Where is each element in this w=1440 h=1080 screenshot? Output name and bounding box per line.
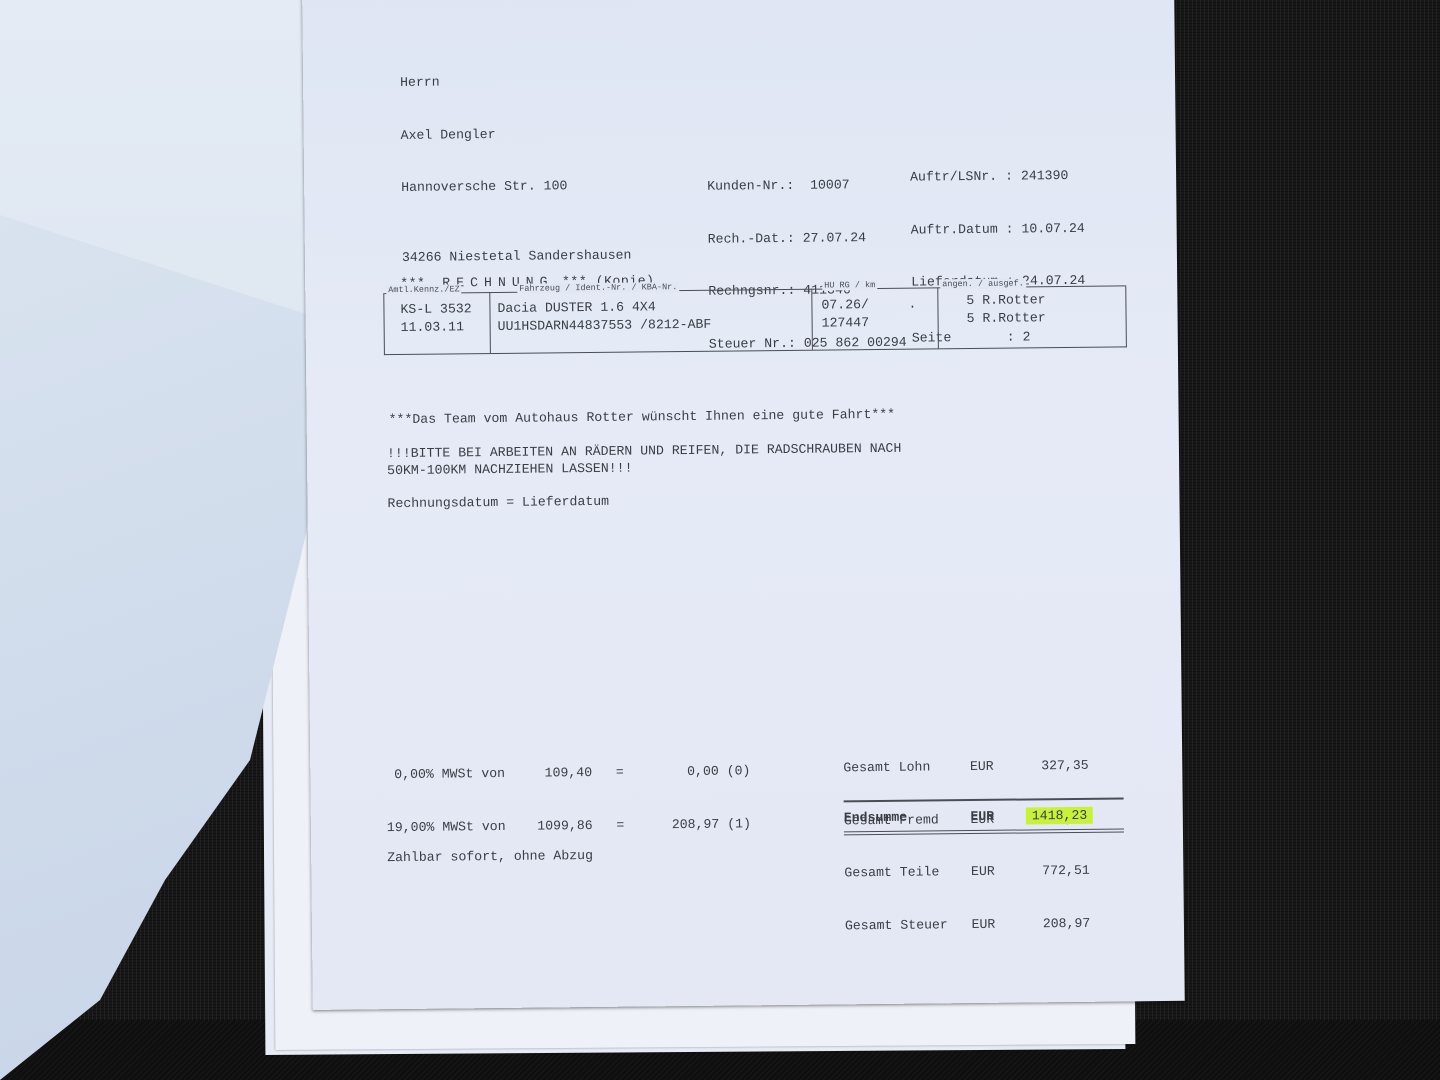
vehicle-info-box: Amtl.Kennz./EZ Fahrzeug / Ident.-Nr. / K…: [383, 285, 1127, 355]
end-total: Endsumme EUR 1418,23: [844, 807, 1094, 827]
vat-row: 19,00% MWSt von 1099,86 = 208,97 (1): [387, 815, 751, 836]
totals-table: Gesamt Lohn EUR 327,35 Gesamt Fremd EUR …: [843, 722, 1091, 970]
warning-line-2: 50KM-100KM NACHZIEHEN LASSEN!!!: [387, 460, 632, 480]
mileage: 127447: [822, 314, 870, 332]
salutation: Herrn: [400, 72, 630, 92]
meta-row: Kunden-Nr.: 10007: [707, 176, 905, 196]
plate-label: Amtl.Kennz./EZ: [386, 284, 462, 295]
meta-row: Auftr.Datum : 10.07.24: [911, 219, 1085, 238]
license-plate: KS-L 3532: [400, 300, 471, 318]
staff-label: angen. / ausgef.: [940, 278, 1026, 289]
warning-line-1: !!!BITTE BEI ARBEITEN AN RÄDERN UND REIF…: [387, 440, 902, 463]
first-registration: 11.03.11: [401, 318, 464, 336]
vat-row: 0,00% MWSt von 109,40 = 0,00 (0): [386, 762, 750, 783]
total-row: Gesamt Steuer EUR 208,97: [845, 914, 1091, 934]
total-row: Gesamt Lohn EUR 327,35: [843, 757, 1089, 777]
meta-row: Auftr/LSNr. : 241390: [910, 167, 1084, 186]
recipient-city: 34266 Niestetal Sandershausen: [402, 247, 632, 267]
accepted-by: 5 R.Rotter: [966, 291, 1045, 309]
hu-date: 07.26/ .: [821, 296, 916, 314]
recipient-street: Hannoversche Str. 100: [401, 177, 631, 197]
vehicle-label: Fahrzeug / Ident.-Nr. / KBA-Nr.: [517, 282, 679, 294]
invoice-page: Herrn Axel Dengler Hannoversche Str. 100…: [302, 0, 1185, 1010]
date-note: Rechnungsdatum = Lieferdatum: [387, 493, 609, 513]
meta-row: Rech.-Dat.: 27.07.24: [708, 228, 906, 248]
total-row: Gesamt Teile EUR 772,51: [844, 862, 1090, 882]
vehicle-model: Dacia DUSTER 1.6 4X4: [497, 298, 655, 317]
end-total-amount: 1418,23: [1026, 807, 1094, 825]
vin-kba: UU1HSDARN44837553 /8212-ABF: [498, 316, 712, 336]
greeting-message: ***Das Team vom Autohaus Rotter wünscht …: [389, 406, 896, 429]
recipient-name: Axel Dengler: [401, 124, 631, 144]
executed-by: 5 R.Rotter: [966, 309, 1045, 327]
hu-label: HU RG / km: [822, 280, 877, 291]
payment-terms: Zahlbar sofort, ohne Abzug: [387, 847, 593, 867]
recipient-address: Herrn Axel Dengler Hannoversche Str. 100…: [400, 37, 632, 302]
